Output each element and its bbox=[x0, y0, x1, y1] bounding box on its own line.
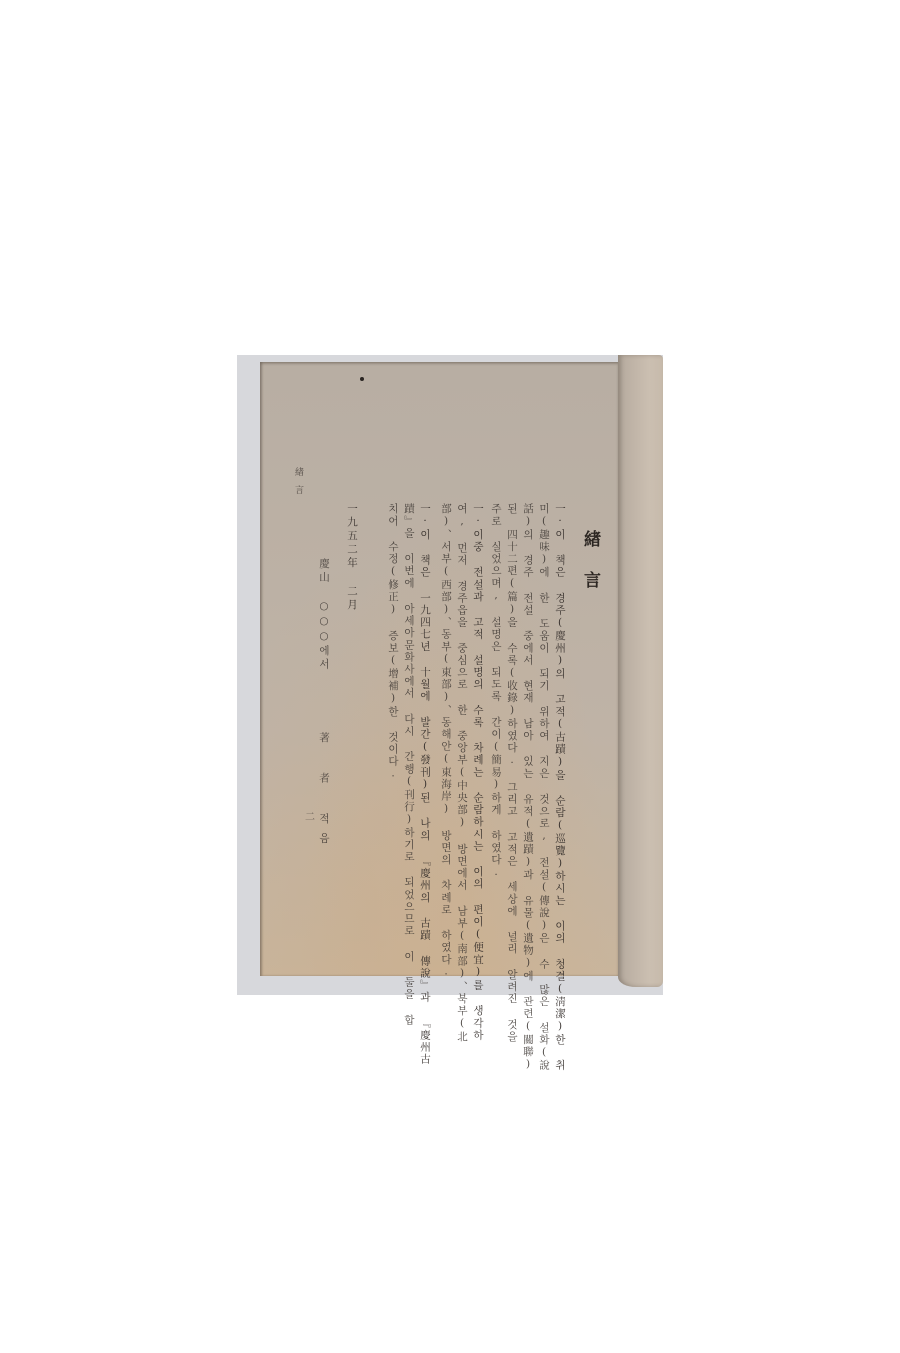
page-number: 二 bbox=[305, 808, 315, 823]
paragraph-1-line-4: 된 四十二편(篇)을 수록(收錄)하였다. 그리고 고적은 세상에 널리 알려진… bbox=[505, 503, 518, 1043]
paragraph-3-line-1: 一·이 책은 一九四七년 十월에 발간(發刊)된 나의 『慶州의 古蹟 傳說』과… bbox=[418, 503, 431, 1066]
date-line: 一九五二年 二月 bbox=[345, 503, 358, 613]
paragraph-1-line-3: 話)의 경주 전설 중에서 현재 남아 있는 유적(遺蹟)과 유물(遺物)에 관… bbox=[521, 503, 534, 1072]
paragraph-2-line-2: 여, 먼저 경주읍을 중심으로 한 중앙부(中央部) 방면에서 남부(南部)、북… bbox=[455, 503, 468, 1043]
paragraph-1-line-1: 一·이 책은 경주(慶州)의 고적(古蹟)을 순람(巡覽)하시는 이의 청결(淸… bbox=[553, 503, 566, 1072]
page-title: 緖言 bbox=[578, 530, 603, 612]
signature-place: 慶山 ○○○에서 bbox=[317, 558, 330, 672]
paragraph-3-line-3: 치어 수정(修正) 증보(增補)한 것이다. bbox=[386, 503, 399, 781]
running-head: 緖言 bbox=[292, 467, 305, 503]
signature-author: 著 者 적음 bbox=[317, 732, 330, 852]
paragraph-2-line-3: 部)、서부(西部)、동부(東部)、동해안(東海岸) 방면의 차례로 하였다. bbox=[439, 503, 452, 979]
paragraph-1-line-2: 미(趣味)에 한 도움이 되기 위하여 지은 것으로, 전설(傳說)은 수 많은… bbox=[537, 503, 550, 1072]
paragraph-3-line-2: 蹟』을 이번에 아세아문화사에서 다시 간행(刊行)하기로 되었으므로 이 둘을… bbox=[402, 503, 415, 1026]
paragraph-1-line-5: 주로 실었으며, 설명은 되도록 간이(簡易)하게 하였다. bbox=[489, 503, 502, 880]
paragraph-2-line-1: 一·이중 전설과 고적 설명의 수록 차례는 순람하시는 이의 편이(便宜)를 … bbox=[471, 503, 484, 1041]
facing-page-curl bbox=[618, 355, 663, 987]
ink-speck bbox=[360, 377, 364, 381]
